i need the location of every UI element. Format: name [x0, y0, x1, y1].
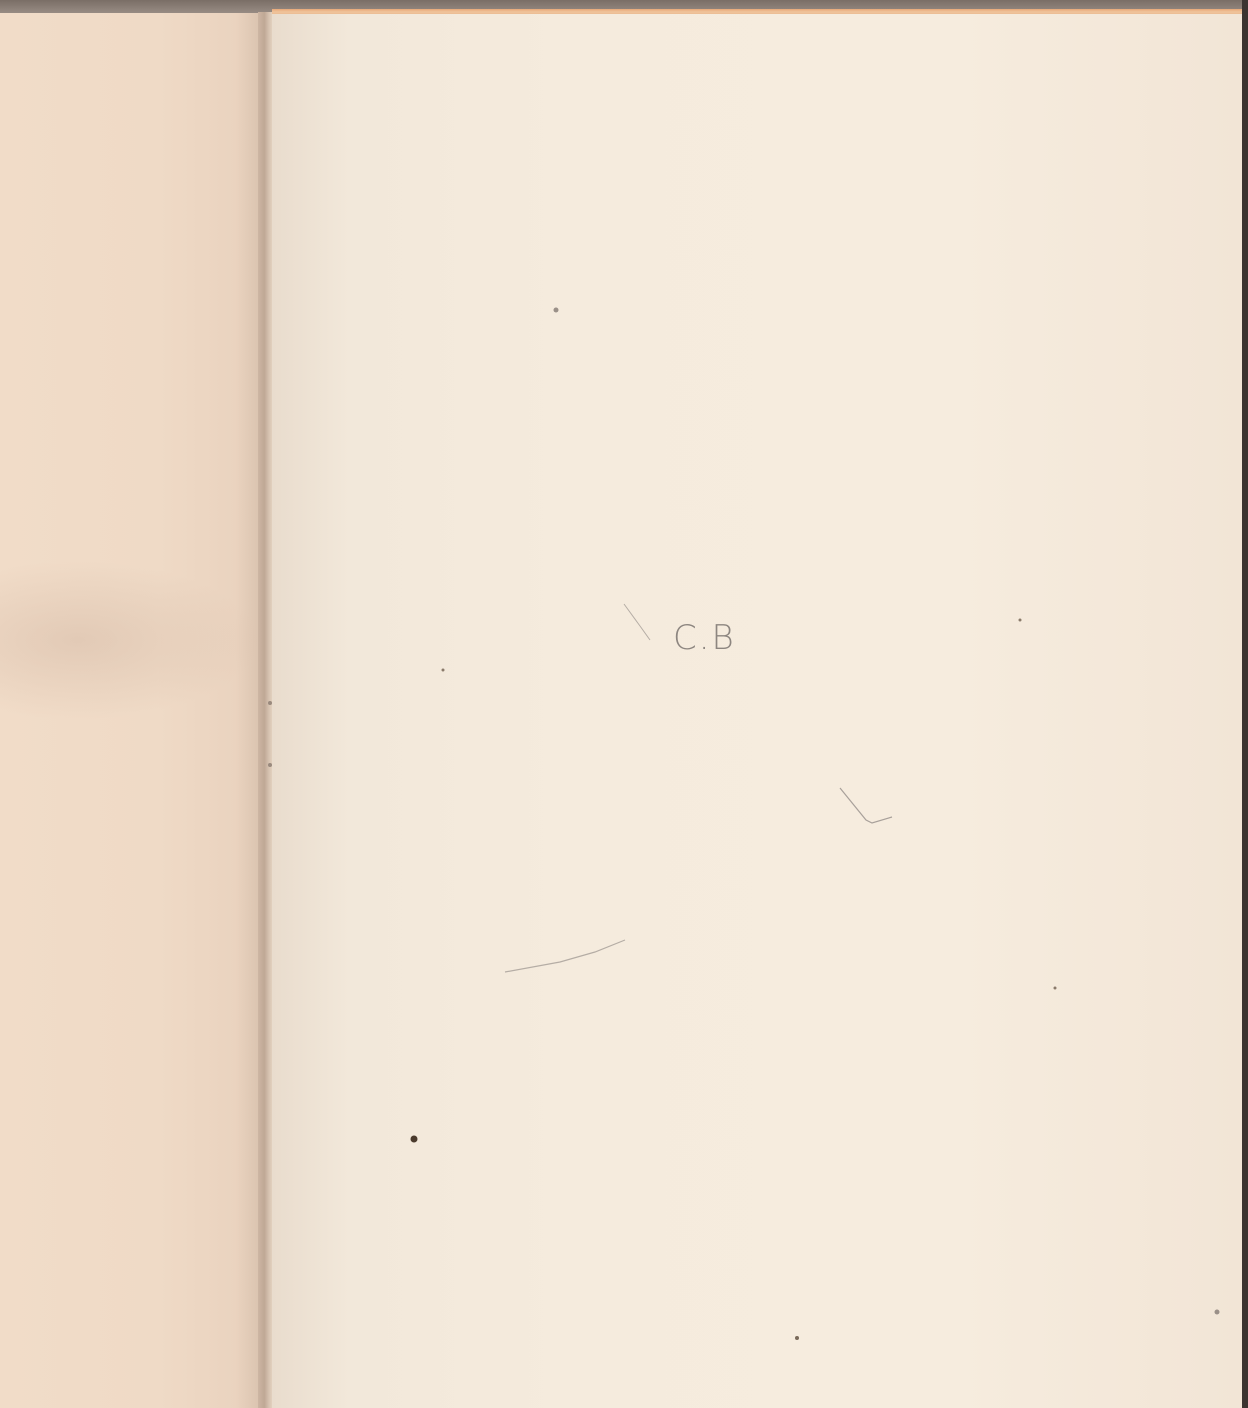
paper-marks: [0, 0, 1248, 1408]
pencil-inscription: C.B: [673, 618, 736, 658]
